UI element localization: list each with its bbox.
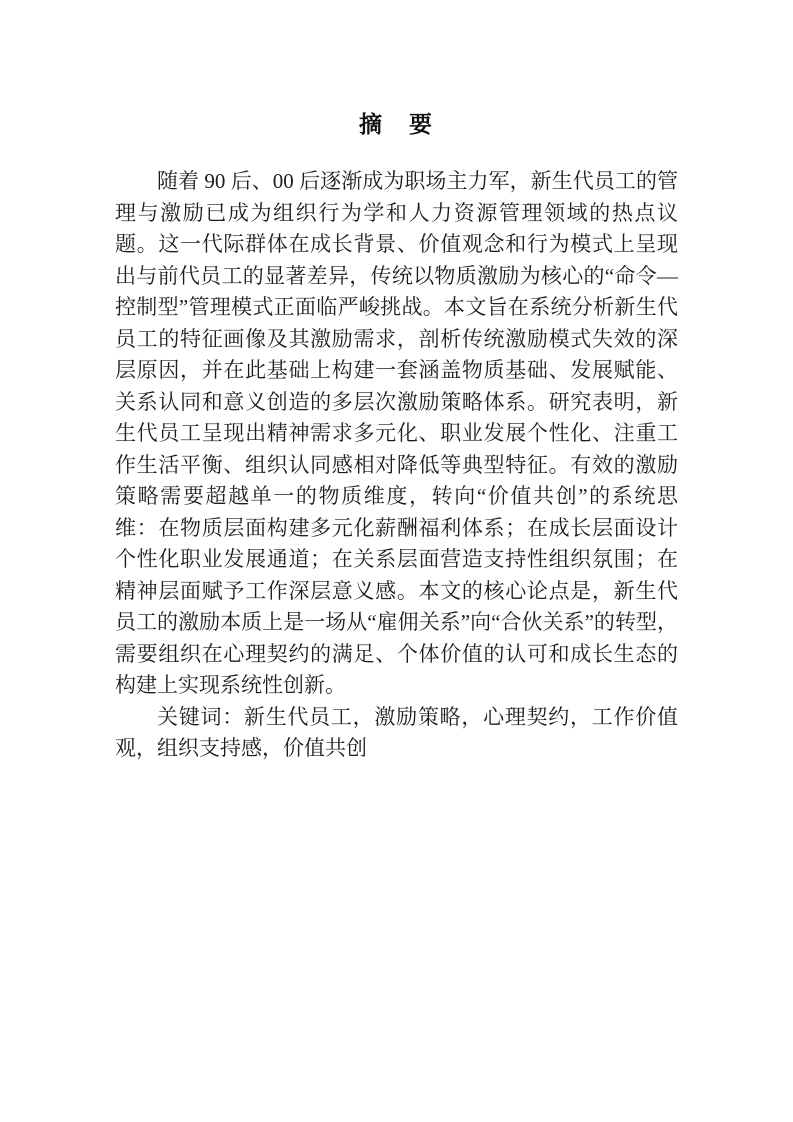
keywords-paragraph: 关键词：新生代员工，激励策略，心理契约，工作价值观，组织支持感，价值共创 [115,702,678,765]
abstract-content: 随着 90 后、00 后逐渐成为职场主力军，新生代员工的管理与激励已成为组织行为… [115,166,678,765]
page-title: 摘 要 [0,106,793,139]
document-page: 摘 要 随着 90 后、00 后逐渐成为职场主力军，新生代员工的管理与激励已成为… [0,0,793,1122]
abstract-paragraph: 随着 90 后、00 后逐渐成为职场主力军，新生代员工的管理与激励已成为组织行为… [115,166,678,702]
